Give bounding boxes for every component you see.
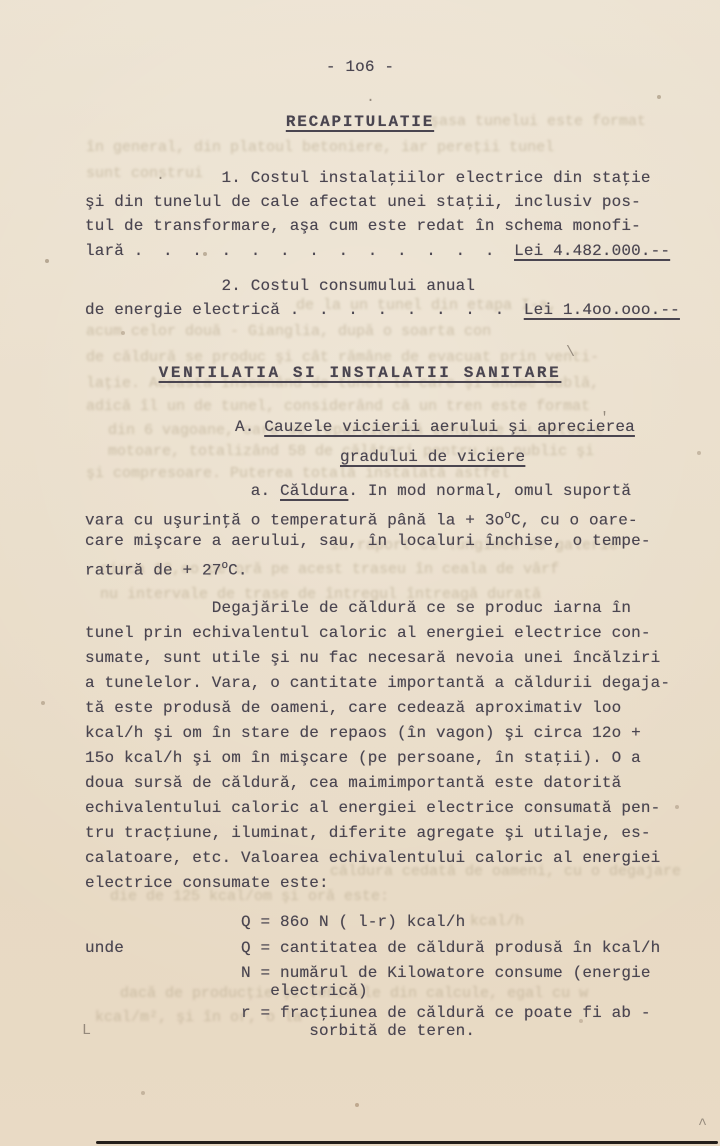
paper-speckles — [0, 0, 2, 2]
text-line: echivalentului caloric al energiei elect… — [85, 798, 660, 818]
text-line: sorbită de teren. — [85, 1021, 475, 1041]
text-segment: A. — [235, 418, 264, 436]
text-segment: unde Q = cantitatea de căldură produsă î… — [85, 939, 660, 957]
text-line: ratură de + 27oC. — [85, 556, 248, 580]
text-line: r = fracţiunea de căldură ce poate fi ab… — [85, 1003, 651, 1023]
underlined-text: gradului de viciere — [340, 448, 525, 466]
text-line: a tunelelor. Vara, o cantitate important… — [85, 673, 670, 693]
text-line: 1. Costul instalaţiilor electrice din st… — [85, 168, 651, 188]
text-segment: calatoare, etc. Valoarea echivalentului … — [85, 849, 660, 867]
text-segment: sorbită de teren. — [309, 1022, 475, 1040]
page-number: - 1o6 - — [0, 57, 720, 77]
text-segment: tunel prin echivalentul caloric al energ… — [85, 624, 651, 642]
scanned-document-page: şasa tunelui este formatîn general, din … — [0, 0, 720, 1146]
text-segment: ratură de + 27 — [85, 561, 222, 579]
text-line: de energie electrică . . . . . . . . Lei… — [85, 300, 680, 320]
text-line: 15o kcal/h şi om în mişcare (pe persoane… — [85, 748, 641, 768]
text-segment: 1. Costul instalaţiilor electrice din st… — [222, 169, 651, 187]
text-segment: de energie electrică . . . . . . . . — [85, 301, 524, 319]
stray-mark: · — [156, 170, 165, 188]
underlined-text: Lei 4.482.000.-- — [514, 242, 670, 260]
bleedthrough-line: în general, din platoul betoniere, iar p… — [86, 138, 554, 157]
text-segment: kcal/h şi om în stare de repaos (în vago… — [85, 724, 641, 742]
text-line: tru tracţiune, iluminat, diferite agrega… — [85, 823, 651, 843]
stray-mark: ' — [600, 410, 609, 428]
text-line: tunel prin echivalentul caloric al energ… — [85, 623, 651, 643]
text-line: Degajările de căldură ce se produc iarna… — [85, 598, 631, 618]
text-segment: Q = 86o N ( l-r) kcal/h — [241, 913, 465, 931]
underlined-text: VENTILATIA SI INSTALATII SANITARE — [159, 364, 562, 382]
heading-section-a: A. Cauzele vicierii aerului şi apreciere… — [235, 417, 635, 437]
text-segment: N = numărul de Kilowatore consume (energ… — [241, 964, 651, 982]
text-segment: electrice consumate este: — [85, 874, 329, 892]
underlined-text: Căldura — [280, 482, 348, 500]
text-segment: sumate, sunt utile şi nu fac necesară ne… — [85, 649, 660, 667]
text-line: vara cu uşurinţă o temperatură până la +… — [85, 506, 638, 530]
text-line: doua sursă de căldură, cea maimimportant… — [85, 773, 621, 793]
text-segment: a tunelelor. Vara, o cantitate important… — [85, 674, 670, 692]
text-line: 2. Costul consumului anual — [85, 276, 475, 296]
text-segment: r = fracţiunea de căldură ce poate fi ab… — [241, 1004, 651, 1022]
text-segment: electrică) — [270, 982, 368, 1000]
text-line: tul de transformare, aşa cum este redat … — [85, 216, 641, 236]
text-segment: 2. Costul consumului anual — [222, 277, 476, 295]
underlined-text: Cauzele vicierii aerului şi aprecierea — [264, 418, 635, 436]
text-segment: şi din tunelul de cale afectat unei staţ… — [85, 193, 641, 211]
formula-q: Q = 86o N ( l-r) kcal/h — [85, 912, 465, 932]
stray-mark: L — [82, 1022, 91, 1040]
stray-mark: ^ — [698, 1116, 707, 1134]
text-line: calatoare, etc. Valoarea echivalentului … — [85, 848, 660, 868]
text-segment: care mişcare a aerului, sau, în localuri… — [85, 532, 651, 550]
text-line: N = numărul de Kilowatore consume (energ… — [85, 963, 651, 983]
text-segment: Degajările de căldură ce se produc iarna… — [212, 599, 631, 617]
text-segment: a. — [251, 482, 280, 500]
text-line: a. Căldura. In mod normal, omul suportă — [85, 481, 631, 501]
stray-mark: · — [366, 92, 375, 110]
heading-recapitulatie: RECAPITULATIE — [0, 112, 720, 132]
text-line: kcal/h şi om în stare de repaos (în vago… — [85, 723, 641, 743]
text-line: electrică) — [85, 981, 368, 1001]
text-line: lară . . . . . . . . . . . . . Lei 4.482… — [85, 241, 670, 261]
text-segment: C, cu o oare- — [511, 511, 638, 529]
page-bottom-edge-shadow — [96, 1141, 718, 1144]
text-segment: lară . . . . . . . . . . . . . — [85, 242, 514, 260]
text-segment: doua sursă de căldură, cea maimimportant… — [85, 774, 621, 792]
underlined-text: Lei 1.4oo.ooo.-- — [524, 301, 680, 319]
text-segment: o — [504, 510, 511, 522]
text-segment: . In mod normal, omul suportă — [348, 482, 631, 500]
text-line: unde Q = cantitatea de căldură produsă î… — [85, 938, 660, 958]
text-line: tă este produsă de oameni, care cedează … — [85, 698, 621, 718]
text-segment: tă este produsă de oameni, care cedează … — [85, 699, 621, 717]
text-segment: 15o kcal/h şi om în mişcare (pe persoane… — [85, 749, 641, 767]
text-line: sumate, sunt utile şi nu fac necesară ne… — [85, 648, 660, 668]
text-line: care mişcare a aerului, sau, în localuri… — [85, 531, 651, 551]
underlined-text: RECAPITULATIE — [286, 113, 434, 131]
text-segment: C. — [228, 561, 248, 579]
text-line: şi din tunelul de cale afectat unei staţ… — [85, 192, 641, 212]
heading-section-a2: gradului de viciere — [340, 447, 525, 467]
text-segment: tul de transformare, aşa cum este redat … — [85, 217, 641, 235]
bleedthrough-line: adică îl un de tunel, considerând că un … — [86, 397, 590, 416]
text-line: electrice consumate este: — [85, 873, 329, 893]
text-segment: echivalentului caloric al energiei elect… — [85, 799, 660, 817]
bleedthrough-line: acum celor două - Gianglia, după o soart… — [86, 322, 491, 341]
stray-mark: \ — [566, 344, 575, 362]
text-segment: tru tracţiune, iluminat, diferite agrega… — [85, 824, 651, 842]
bleedthrough-line: kcal/h — [470, 912, 524, 931]
text-segment: - 1o6 - — [326, 58, 394, 76]
text-segment: vara cu uşurinţă o temperatură până la +… — [85, 511, 504, 529]
heading-ventilatia: VENTILATIA SI INSTALATII SANITARE — [0, 363, 720, 383]
